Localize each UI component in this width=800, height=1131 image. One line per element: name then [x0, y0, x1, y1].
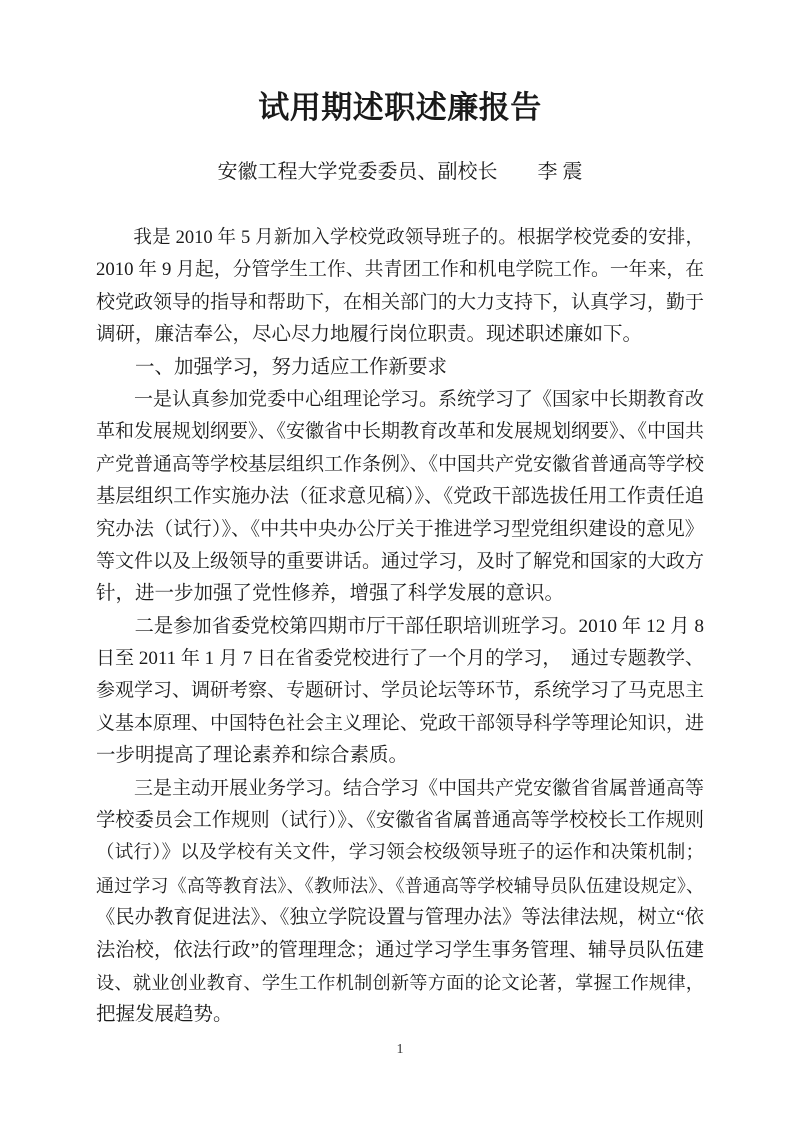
text-line: 基层组织工作实施办法（征求意见稿）》、《党政干部选拔任用工作责任追: [96, 481, 704, 513]
text-line: 针，进一步加强了党性修养，增强了科学发展的意识。: [96, 578, 704, 610]
text-line: 把握发展趋势。: [96, 999, 704, 1031]
text-line: 究办法（试行）》、《中共中央办公厅关于推进学习型党组织建设的意见》: [96, 514, 704, 546]
text-line: 一是认真参加党委中心组理论学习。系统学习了《国家中长期教育改: [96, 384, 704, 416]
text-line: 义基本原理、中国特色社会主义理论、党政干部领导科学等理论知识，进: [96, 708, 704, 740]
text-line: 《民办教育促进法》、《独立学院设置与管理办法》等法律法规，树立“依: [96, 902, 704, 934]
text-line: 三是主动开展业务学习。结合学习《中国共产党安徽省省属普通高等: [96, 773, 704, 805]
text-line: 二是参加省委党校第四期市厅干部任职培训班学习。2010 年 12 月 8: [96, 611, 704, 643]
section-heading: 一、加强学习，努力适应工作新要求: [96, 352, 704, 384]
document-byline: 安徽工程大学党委委员、副校长 李 震: [0, 155, 800, 184]
document-body: 我是 2010 年 5 月新加入学校党政领导班子的。根据学校党委的安排， 201…: [96, 222, 704, 1032]
text-line: 我是 2010 年 5 月新加入学校党政领导班子的。根据学校党委的安排，: [96, 222, 704, 254]
text-line: （试行）》以及学校有关文件，学习领会校级领导班子的运作和决策机制；: [96, 837, 704, 869]
document-page: 试用期述职述廉报告 安徽工程大学党委委员、副校长 李 震 我是 2010 年 5…: [0, 0, 800, 1131]
text-line: 革和发展规划纲要》、《安徽省中长期教育改革和发展规划纲要》、《中国共: [96, 416, 704, 448]
text-line: 2010 年 9 月起，分管学生工作、共青团工作和机电学院工作。一年来，在: [96, 254, 704, 286]
text-line: 等文件以及上级领导的重要讲话。通过学习，及时了解党和国家的大政方: [96, 546, 704, 578]
text-line: 调研，廉洁奉公，尽心尽力地履行岗位职责。现述职述廉如下。: [96, 319, 704, 351]
text-line: 通过学习《高等教育法》、《教师法》、《普通高等学校辅导员队伍建设规定》、: [96, 870, 704, 902]
text-line: 参观学习、调研考察、专题研讨、学员论坛等环节，系统学习了马克思主: [96, 675, 704, 707]
text-line: 法治校，依法行政”的管理理念；通过学习学生事务管理、辅导员队伍建: [96, 935, 704, 967]
text-line: 产党普通高等学校基层组织工作条例》、《中国共产党安徽省普通高等学校: [96, 449, 704, 481]
text-line: 一步明提高了理论素养和综合素质。: [96, 740, 704, 772]
text-line: 校党政领导的指导和帮助下，在相关部门的大力支持下，认真学习，勤于: [96, 287, 704, 319]
page-number: 1: [0, 1042, 800, 1058]
text-line: 日至 2011 年 1 月 7 日在省委党校进行了一个月的学习， 通过专题教学、: [96, 643, 704, 675]
text-line: 设、就业创业教育、学生工作机制创新等方面的论文论著，掌握工作规律，: [96, 967, 704, 999]
document-title: 试用期述职述廉报告: [0, 82, 800, 127]
text-line: 学校委员会工作规则（试行）》、《安徽省省属普通高等学校校长工作规则: [96, 805, 704, 837]
